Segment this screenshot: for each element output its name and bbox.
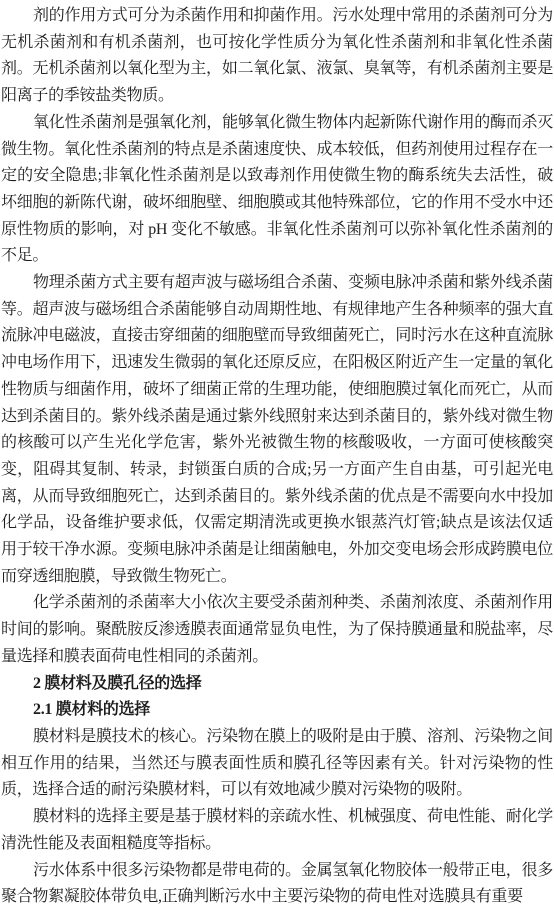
paragraph-pollutant-charge: 污水体系中很多污染物都是带电荷的。金属氢氧化物胶体一般带正电，很多聚合物絮凝胶体… (1, 858, 553, 907)
section-heading-membrane-material-and-pore: 2 膜材料及膜孔径的选择 (1, 671, 553, 698)
paragraph-disinfectant-types: 剂的作用方式可分为杀菌作用和抑菌作用。污水处理中常用的杀菌剂可分为无机杀菌剂和有… (1, 3, 553, 110)
paragraph-membrane-selection-criteria: 膜材料的选择主要是基于膜材料的亲疏水性、机械强度、荷电性能、耐化学清洗性能及表面… (1, 804, 553, 857)
paragraph-chemical-disinfectant-factors: 化学杀菌剂的杀菌率大小依次主要受杀菌剂种类、杀菌剂浓度、杀菌剂作用时间的影响。聚… (1, 590, 553, 670)
section-heading-membrane-material-selection: 2.1 膜材料的选择 (1, 697, 553, 724)
paragraph-physical-sterilization: 物理杀菌方式主要有超声波与磁场组合杀菌、变频电脉冲杀菌和紫外线杀菌等。超声波与磁… (1, 270, 553, 590)
document-body: 剂的作用方式可分为杀菌作用和抑菌作用。污水处理中常用的杀菌剂可分为无机杀菌剂和有… (1, 3, 553, 907)
paragraph-oxidizing-vs-nonoxidizing: 氧化性杀菌剂是强氧化剂，能够氧化微生物体内起新陈代谢作用的酶而杀灭微生物。氧化性… (1, 110, 553, 270)
paragraph-membrane-material-core: 膜材料是膜技术的核心。污染物在膜上的吸附是由于膜、溶剂、污染物之间相互作用的结果… (1, 724, 553, 804)
document-page: 剂的作用方式可分为杀菌作用和抑菌作用。污水处理中常用的杀菌剂可分为无机杀菌剂和有… (0, 0, 554, 907)
